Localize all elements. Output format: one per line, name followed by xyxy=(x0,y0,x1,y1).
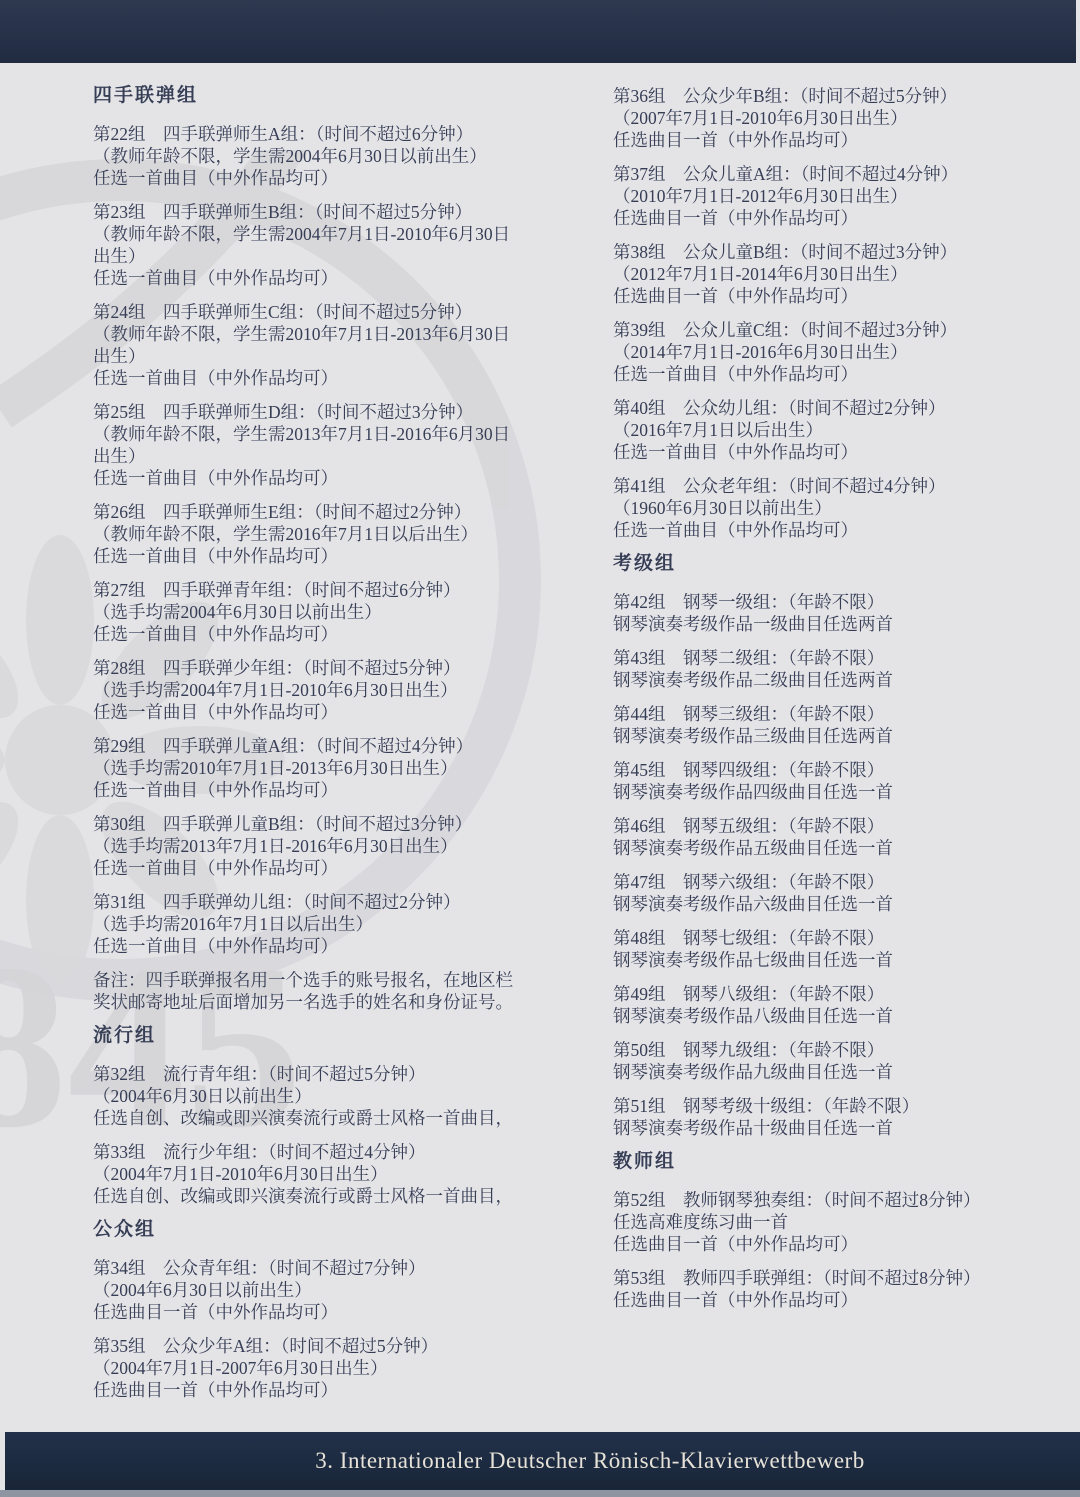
text-line: 第50组 钢琴九级组：（年龄不限） xyxy=(613,1039,1073,1061)
group-block: 第29组 四手联弹儿童A组：（时间不超过4分钟）（选手均需2010年7月1日-2… xyxy=(93,735,583,801)
group-block: 第28组 四手联弹少年组：（时间不超过5分钟）（选手均需2004年7月1日-20… xyxy=(93,657,583,723)
text-line: 第24组 四手联弹师生C组：（时间不超过5分钟） xyxy=(93,301,583,323)
column-left: 四手联弹组第22组 四手联弹师生A组：（时间不超过6分钟）（教师年龄不限，学生需… xyxy=(93,85,583,1413)
group-block: 第44组 钢琴三级组：（年龄不限）钢琴演奏考级作品三级曲目任选两首 xyxy=(613,703,1073,747)
text-line: 任选一首曲目（中外作品均可） xyxy=(93,267,583,289)
text-line: 钢琴演奏考级作品六级曲目任选一首 xyxy=(613,893,1073,915)
text-line: （2012年7月1日-2014年6月30日出生） xyxy=(613,263,1073,285)
group-block: 第26组 四手联弹师生E组：（时间不超过2分钟）（教师年龄不限，学生需2016年… xyxy=(93,501,583,567)
group-block: 第42组 钢琴一级组：（年龄不限）钢琴演奏考级作品一级曲目任选两首 xyxy=(613,591,1073,635)
text-line: 第41组 公众老年组：（时间不超过4分钟） xyxy=(613,475,1073,497)
text-line: 任选一首曲目（中外作品均可） xyxy=(93,779,583,801)
text-line: （教师年龄不限，学生需2016年7月1日以后出生） xyxy=(93,523,583,545)
text-line: （选手均需2013年7月1日-2016年6月30日出生） xyxy=(93,835,583,857)
text-line: 任选一首曲目（中外作品均可） xyxy=(93,623,583,645)
footer-band: 3. Internationaler Deutscher Rönisch-Kla… xyxy=(5,1432,1080,1490)
text-line: 奖状邮寄地址后面增加另一名选手的姓名和身份证号。 xyxy=(93,991,583,1013)
text-line: 第48组 钢琴七级组：（年龄不限） xyxy=(613,927,1073,949)
text-line: （2010年7月1日-2012年6月30日出生） xyxy=(613,185,1073,207)
section-heading: 流行组 xyxy=(93,1025,583,1047)
text-line: 出生） xyxy=(93,445,583,467)
text-line: 任选一首曲目（中外作品均可） xyxy=(93,701,583,723)
group-block: 第32组 流行青年组：（时间不超过5分钟）（2004年6月30日以前出生）任选自… xyxy=(93,1063,583,1129)
group-block: 第33组 流行少年组：（时间不超过4分钟）（2004年7月1日-2010年6月3… xyxy=(93,1141,583,1207)
group-block: 第30组 四手联弹儿童B组：（时间不超过3分钟）（选手均需2013年7月1日-2… xyxy=(93,813,583,879)
text-line: 第37组 公众儿童A组：（时间不超过4分钟） xyxy=(613,163,1073,185)
text-line: 任选曲目一首（中外作品均可） xyxy=(613,207,1073,229)
group-block: 第38组 公众儿童B组：（时间不超过3分钟）（2012年7月1日-2014年6月… xyxy=(613,241,1073,307)
group-block: 第25组 四手联弹师生D组：（时间不超过3分钟）（教师年龄不限，学生需2013年… xyxy=(93,401,583,489)
text-line: 钢琴演奏考级作品七级曲目任选一首 xyxy=(613,949,1073,971)
text-line: 备注：四手联弹报名用一个选手的账号报名，在地区栏 xyxy=(93,969,583,991)
text-line: 任选高难度练习曲一首 xyxy=(613,1211,1073,1233)
text-line: 任选一首曲目（中外作品均可） xyxy=(613,441,1073,463)
text-line: 第45组 钢琴四级组：（年龄不限） xyxy=(613,759,1073,781)
group-block: 第35组 公众少年A组：（时间不超过5分钟）（2004年7月1日-2007年6月… xyxy=(93,1335,583,1401)
heading-text: 考级组 xyxy=(613,553,1073,575)
text-line: 任选一首曲目（中外作品均可） xyxy=(93,935,583,957)
text-line: （选手均需2010年7月1日-2013年6月30日出生） xyxy=(93,757,583,779)
group-block: 第23组 四手联弹师生B组：（时间不超过5分钟）（教师年龄不限，学生需2004年… xyxy=(93,201,583,289)
text-line: 第32组 流行青年组：（时间不超过5分钟） xyxy=(93,1063,583,1085)
text-line: （2004年6月30日以前出生） xyxy=(93,1279,583,1301)
text-line: 任选曲目一首（中外作品均可） xyxy=(613,1233,1073,1255)
group-block: 第34组 公众青年组：（时间不超过7分钟）（2004年6月30日以前出生）任选曲… xyxy=(93,1257,583,1323)
heading-text: 公众组 xyxy=(93,1219,583,1241)
text-line: 任选曲目一首（中外作品均可） xyxy=(613,1289,1073,1311)
text-line: 第31组 四手联弹幼儿组：（时间不超过2分钟） xyxy=(93,891,583,913)
text-line: 第29组 四手联弹儿童A组：（时间不超过4分钟） xyxy=(93,735,583,757)
text-line: 任选自创、改编或即兴演奏流行或爵士风格一首曲目， xyxy=(93,1107,583,1129)
text-line: 第46组 钢琴五级组：（年龄不限） xyxy=(613,815,1073,837)
group-block: 第46组 钢琴五级组：（年龄不限）钢琴演奏考级作品五级曲目任选一首 xyxy=(613,815,1073,859)
text-line: 钢琴演奏考级作品八级曲目任选一首 xyxy=(613,1005,1073,1027)
heading-text: 教师组 xyxy=(613,1151,1073,1173)
text-line: 任选一首曲目（中外作品均可） xyxy=(93,545,583,567)
text-line: 第38组 公众儿童B组：（时间不超过3分钟） xyxy=(613,241,1073,263)
text-line: 第28组 四手联弹少年组：（时间不超过5分钟） xyxy=(93,657,583,679)
section-heading: 教师组 xyxy=(613,1151,1073,1173)
group-block: 第52组 教师钢琴独奏组：（时间不超过8分钟）任选高难度练习曲一首任选曲目一首（… xyxy=(613,1189,1073,1255)
text-line: （选手均需2016年7月1日以后出生） xyxy=(93,913,583,935)
text-line: （教师年龄不限，学生需2013年7月1日-2016年6月30日 xyxy=(93,423,583,445)
section-heading: 考级组 xyxy=(613,553,1073,575)
note-block: 备注：四手联弹报名用一个选手的账号报名，在地区栏奖状邮寄地址后面增加另一名选手的… xyxy=(93,969,583,1013)
text-line: 任选曲目一首（中外作品均可） xyxy=(613,129,1073,151)
group-block: 第49组 钢琴八级组：（年龄不限）钢琴演奏考级作品八级曲目任选一首 xyxy=(613,983,1073,1027)
text-line: 任选曲目一首（中外作品均可） xyxy=(93,1379,583,1401)
group-block: 第27组 四手联弹青年组：（时间不超过6分钟）（选手均需2004年6月30日以前… xyxy=(93,579,583,645)
text-line: （选手均需2004年7月1日-2010年6月30日出生） xyxy=(93,679,583,701)
text-line: 出生） xyxy=(93,245,583,267)
text-line: 任选一首曲目（中外作品均可） xyxy=(93,467,583,489)
text-line: 第49组 钢琴八级组：（年龄不限） xyxy=(613,983,1073,1005)
text-line: 第30组 四手联弹儿童B组：（时间不超过3分钟） xyxy=(93,813,583,835)
text-line: 第26组 四手联弹师生E组：（时间不超过2分钟） xyxy=(93,501,583,523)
text-line: 第43组 钢琴二级组：（年龄不限） xyxy=(613,647,1073,669)
group-block: 第37组 公众儿童A组：（时间不超过4分钟）（2010年7月1日-2012年6月… xyxy=(613,163,1073,229)
text-line: （2014年7月1日-2016年6月30日出生） xyxy=(613,341,1073,363)
text-line: 第44组 钢琴三级组：（年龄不限） xyxy=(613,703,1073,725)
text-line: 第23组 四手联弹师生B组：（时间不超过5分钟） xyxy=(93,201,583,223)
text-line: 钢琴演奏考级作品五级曲目任选一首 xyxy=(613,837,1073,859)
text-line: 任选自创、改编或即兴演奏流行或爵士风格一首曲目， xyxy=(93,1185,583,1207)
text-line: 第52组 教师钢琴独奏组：（时间不超过8分钟） xyxy=(613,1189,1073,1211)
text-line: 任选一首曲目（中外作品均可） xyxy=(93,367,583,389)
text-line: 钢琴演奏考级作品二级曲目任选两首 xyxy=(613,669,1073,691)
text-line: （教师年龄不限，学生需2004年7月1日-2010年6月30日 xyxy=(93,223,583,245)
text-line: 任选一首曲目（中外作品均可） xyxy=(93,857,583,879)
text-line: 第34组 公众青年组：（时间不超过7分钟） xyxy=(93,1257,583,1279)
text-line: （2004年6月30日以前出生） xyxy=(93,1085,583,1107)
page-body: 四手联弹组第22组 四手联弹师生A组：（时间不超过6分钟）（教师年龄不限，学生需… xyxy=(0,63,1080,1425)
heading-text: 四手联弹组 xyxy=(93,85,583,107)
group-block: 第53组 教师四手联弹组：（时间不超过8分钟）任选曲目一首（中外作品均可） xyxy=(613,1267,1073,1311)
text-line: （2004年7月1日-2010年6月30日出生） xyxy=(93,1163,583,1185)
text-line: （教师年龄不限，学生需2004年6月30日以前出生） xyxy=(93,145,583,167)
group-block: 第24组 四手联弹师生C组：（时间不超过5分钟）（教师年龄不限，学生需2010年… xyxy=(93,301,583,389)
text-line: （2004年7月1日-2007年6月30日出生） xyxy=(93,1357,583,1379)
text-line: 任选一首曲目（中外作品均可） xyxy=(93,167,583,189)
bottom-edge-strip xyxy=(0,1490,1080,1497)
group-block: 第50组 钢琴九级组：（年龄不限）钢琴演奏考级作品九级曲目任选一首 xyxy=(613,1039,1073,1083)
text-line: （1960年6月30日以前出生） xyxy=(613,497,1073,519)
group-block: 第36组 公众少年B组：（时间不超过5分钟）（2007年7月1日-2010年6月… xyxy=(613,85,1073,151)
section-heading: 公众组 xyxy=(93,1219,583,1241)
group-block: 第39组 公众儿童C组：（时间不超过3分钟）（2014年7月1日-2016年6月… xyxy=(613,319,1073,385)
text-line: 第27组 四手联弹青年组：（时间不超过6分钟） xyxy=(93,579,583,601)
group-block: 第47组 钢琴六级组：（年龄不限）钢琴演奏考级作品六级曲目任选一首 xyxy=(613,871,1073,915)
text-line: 第53组 教师四手联弹组：（时间不超过8分钟） xyxy=(613,1267,1073,1289)
text-line: 第42组 钢琴一级组：（年龄不限） xyxy=(613,591,1073,613)
text-line: 第47组 钢琴六级组：（年龄不限） xyxy=(613,871,1073,893)
text-line: 第35组 公众少年A组：（时间不超过5分钟） xyxy=(93,1335,583,1357)
footer-title: 3. Internationaler Deutscher Rönisch-Kla… xyxy=(220,1448,864,1474)
group-block: 第51组 钢琴考级十级组：（年龄不限）钢琴演奏考级作品十级曲目任选一首 xyxy=(613,1095,1073,1139)
group-block: 第41组 公众老年组：（时间不超过4分钟）（1960年6月30日以前出生）任选一… xyxy=(613,475,1073,541)
text-line: 钢琴演奏考级作品九级曲目任选一首 xyxy=(613,1061,1073,1083)
text-line: 第39组 公众儿童C组：（时间不超过3分钟） xyxy=(613,319,1073,341)
text-line: 钢琴演奏考级作品三级曲目任选两首 xyxy=(613,725,1073,747)
text-line: 第22组 四手联弹师生A组：（时间不超过6分钟） xyxy=(93,123,583,145)
text-line: （2016年7月1日以后出生） xyxy=(613,419,1073,441)
text-line: （教师年龄不限，学生需2010年7月1日-2013年6月30日 xyxy=(93,323,583,345)
text-line: 第40组 公众幼儿组：（时间不超过2分钟） xyxy=(613,397,1073,419)
group-block: 第43组 钢琴二级组：（年龄不限）钢琴演奏考级作品二级曲目任选两首 xyxy=(613,647,1073,691)
group-block: 第45组 钢琴四级组：（年龄不限）钢琴演奏考级作品四级曲目任选一首 xyxy=(613,759,1073,803)
text-line: 第33组 流行少年组：（时间不超过4分钟） xyxy=(93,1141,583,1163)
text-line: 钢琴演奏考级作品十级曲目任选一首 xyxy=(613,1117,1073,1139)
text-line: （选手均需2004年6月30日以前出生） xyxy=(93,601,583,623)
group-block: 第22组 四手联弹师生A组：（时间不超过6分钟）（教师年龄不限，学生需2004年… xyxy=(93,123,583,189)
text-line: 任选曲目一首（中外作品均可） xyxy=(93,1301,583,1323)
section-heading: 四手联弹组 xyxy=(93,85,583,107)
text-line: 第36组 公众少年B组：（时间不超过5分钟） xyxy=(613,85,1073,107)
text-line: 出生） xyxy=(93,345,583,367)
text-line: （2007年7月1日-2010年6月30日出生） xyxy=(613,107,1073,129)
text-line: 任选曲目一首（中外作品均可） xyxy=(613,285,1073,307)
column-right: 第36组 公众少年B组：（时间不超过5分钟）（2007年7月1日-2010年6月… xyxy=(613,85,1073,1323)
text-line: 第25组 四手联弹师生D组：（时间不超过3分钟） xyxy=(93,401,583,423)
heading-text: 流行组 xyxy=(93,1025,583,1047)
group-block: 第48组 钢琴七级组：（年龄不限）钢琴演奏考级作品七级曲目任选一首 xyxy=(613,927,1073,971)
text-line: 钢琴演奏考级作品四级曲目任选一首 xyxy=(613,781,1073,803)
text-line: 钢琴演奏考级作品一级曲目任选两首 xyxy=(613,613,1073,635)
text-line: 第51组 钢琴考级十级组：（年龄不限） xyxy=(613,1095,1073,1117)
text-line: 任选一首曲目（中外作品均可） xyxy=(613,519,1073,541)
text-line: 任选一首曲目（中外作品均可） xyxy=(613,363,1073,385)
top-border-band xyxy=(0,0,1076,63)
group-block: 第31组 四手联弹幼儿组：（时间不超过2分钟）（选手均需2016年7月1日以后出… xyxy=(93,891,583,957)
group-block: 第40组 公众幼儿组：（时间不超过2分钟）（2016年7月1日以后出生）任选一首… xyxy=(613,397,1073,463)
